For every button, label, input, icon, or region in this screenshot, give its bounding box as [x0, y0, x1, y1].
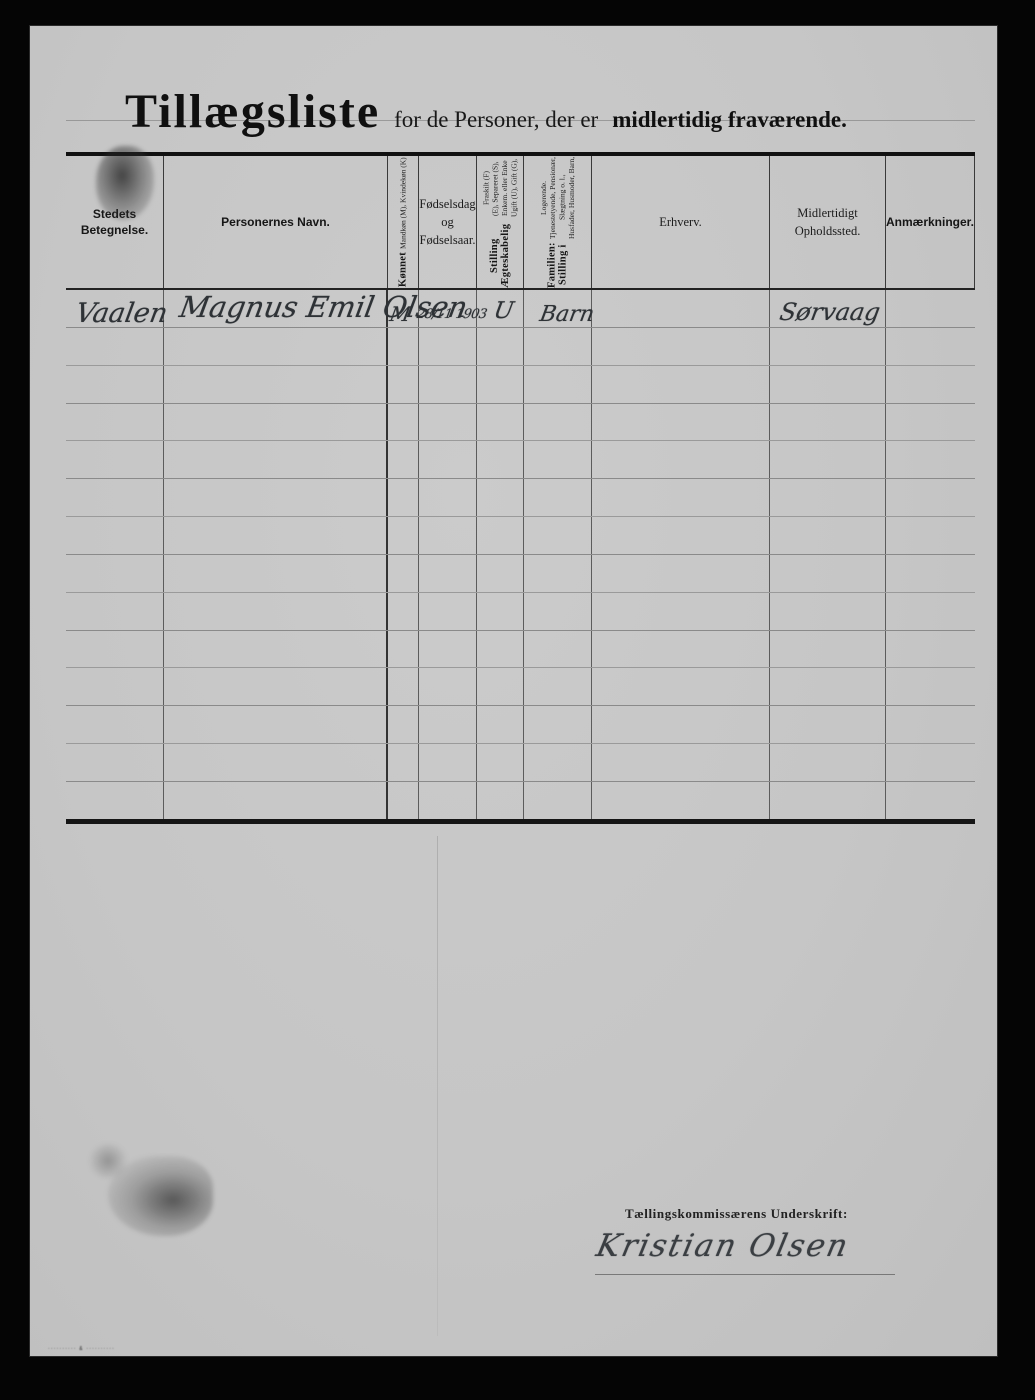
table-row [66, 404, 975, 442]
col-header-label: Midlertidigt Opholdssted. [770, 204, 885, 240]
table-cell [164, 706, 388, 743]
handwritten-konnet: M [388, 302, 413, 326]
table-body [66, 290, 975, 820]
col-header-label: Anmærkninger. [880, 214, 980, 230]
page-title: Tillægsliste for de Personer, der er mid… [125, 84, 985, 139]
col-header-erhverv: Erhverv. [592, 156, 770, 288]
table-cell [66, 404, 164, 441]
table-cell [592, 593, 770, 630]
table-cell [419, 328, 477, 365]
table-cell [477, 782, 524, 819]
table-row [66, 479, 975, 517]
table-bottom-rule [66, 819, 975, 824]
table-cell [592, 404, 770, 441]
table-cell [66, 782, 164, 819]
table-cell [886, 782, 975, 819]
table-cell [770, 517, 886, 554]
table-row [66, 555, 975, 593]
table-cell [164, 479, 388, 516]
table-row [66, 593, 975, 631]
table-cell [388, 517, 419, 554]
table-cell [419, 631, 477, 668]
table-cell [524, 782, 592, 819]
table-cell [524, 555, 592, 592]
table-cell [770, 706, 886, 743]
table-row [66, 744, 975, 782]
table-cell [477, 366, 524, 403]
table-cell [770, 555, 886, 592]
handwritten-stedets-betegnelse: Vaalen [73, 298, 170, 329]
table-cell [592, 517, 770, 554]
table-cell [164, 593, 388, 630]
col-header-stilling-i-familien: Stilling i Familien: Husfader, Husmoder,… [524, 156, 592, 288]
table-cell [419, 517, 477, 554]
table-row [66, 631, 975, 669]
col-header-aegteskabelig-stilling: Ægteskabelig Stilling Ugift (U), Gift (G… [477, 156, 524, 288]
col-header-sublabel: Husfader, Husmoder, Barn, Slægtning o. l… [539, 156, 577, 239]
table-cell [770, 668, 886, 705]
col-header-fodselsdag: Fødselsdag og Fødselsaar. [419, 156, 477, 288]
table-cell [164, 441, 388, 478]
table-cell [770, 782, 886, 819]
table-cell [164, 668, 388, 705]
col-header-midlertidigt-opholdssted: Midlertidigt Opholdssted. [770, 156, 886, 288]
table-cell [66, 668, 164, 705]
handwritten-fodselsdag: 28/11 1903 [416, 307, 488, 322]
handwritten-midlertidigt-opholdssted: Sørvaag [778, 298, 883, 326]
col-header-label: Erhverv. [655, 213, 706, 231]
table-cell [388, 328, 419, 365]
paper-crease [437, 836, 438, 1336]
table-cell [886, 593, 975, 630]
col-header-label: Fødselsdag og Fødselsaar. [415, 195, 479, 249]
page-title-main: Tillægsliste [125, 84, 380, 139]
table-row [66, 706, 975, 744]
table-cell [164, 404, 388, 441]
table-cell [66, 555, 164, 592]
table-cell [419, 366, 477, 403]
table-cell [886, 404, 975, 441]
table-row [66, 782, 975, 820]
table-cell [524, 668, 592, 705]
table-cell [388, 782, 419, 819]
census-table: Stedets Betegnelse. Personernes Navn. Kø… [66, 152, 975, 824]
col-header-personernes-navn: Personernes Navn. [164, 156, 388, 288]
table-cell [886, 290, 975, 327]
table-cell [524, 479, 592, 516]
table-cell [886, 517, 975, 554]
table-cell [524, 366, 592, 403]
table-cell [477, 744, 524, 781]
table-cell [770, 744, 886, 781]
table-cell [770, 366, 886, 403]
table-row [66, 668, 975, 706]
table-cell [592, 555, 770, 592]
table-cell [886, 631, 975, 668]
table-cell [886, 555, 975, 592]
table-cell [770, 593, 886, 630]
signature-underline [595, 1274, 895, 1275]
table-cell [66, 631, 164, 668]
table-cell [592, 328, 770, 365]
rotated-header: Kønnet Mandkøn (M), Kvindekøn (K) [388, 156, 418, 288]
table-cell [477, 328, 524, 365]
page-title-subtitle: for de Personer, der er [394, 107, 598, 133]
scanned-census-form-page: Tillægsliste for de Personer, der er mid… [30, 26, 997, 1356]
table-cell [164, 782, 388, 819]
table-cell [524, 593, 592, 630]
table-cell [419, 706, 477, 743]
table-cell [66, 441, 164, 478]
table-cell [770, 631, 886, 668]
table-cell [388, 366, 419, 403]
printer-mark: ·········· & ·········· [48, 1346, 115, 1352]
table-cell [886, 744, 975, 781]
table-cell [886, 706, 975, 743]
table-cell [388, 668, 419, 705]
table-cell [477, 555, 524, 592]
table-cell [592, 479, 770, 516]
table-cell [592, 441, 770, 478]
commissioner-signature: Kristian Olsen [593, 1228, 853, 1264]
table-cell [164, 517, 388, 554]
table-cell [592, 290, 770, 327]
table-cell [66, 744, 164, 781]
table-cell [770, 328, 886, 365]
table-cell [770, 479, 886, 516]
table-row [66, 328, 975, 366]
rotated-header: Ægteskabelig Stilling Ugift (U), Gift (G… [477, 156, 523, 288]
table-cell [886, 328, 975, 365]
table-cell [66, 328, 164, 365]
table-cell [164, 631, 388, 668]
table-cell [66, 479, 164, 516]
table-cell [592, 668, 770, 705]
table-cell [419, 782, 477, 819]
table-cell [592, 782, 770, 819]
table-row [66, 441, 975, 479]
table-cell [477, 404, 524, 441]
table-cell [66, 706, 164, 743]
table-cell [66, 593, 164, 630]
table-cell [164, 555, 388, 592]
table-cell [419, 555, 477, 592]
table-cell [886, 366, 975, 403]
table-cell [524, 404, 592, 441]
ink-smudge [88, 1144, 128, 1178]
signature-label: Tællingskommissærens Underskrift: [625, 1206, 848, 1222]
table-cell [419, 479, 477, 516]
table-cell [477, 706, 524, 743]
col-header-label: Stilling i Familien: [547, 242, 569, 288]
table-cell [477, 517, 524, 554]
table-cell [388, 479, 419, 516]
table-cell [388, 555, 419, 592]
page-title-subtitle-bold: midlertidig fraværende. [612, 107, 847, 133]
table-cell [477, 479, 524, 516]
table-cell [477, 441, 524, 478]
table-cell [388, 593, 419, 630]
table-cell [592, 744, 770, 781]
table-cell [886, 479, 975, 516]
table-cell [477, 668, 524, 705]
table-cell [524, 744, 592, 781]
table-cell [388, 744, 419, 781]
col-header-label: Personernes Navn. [215, 214, 336, 230]
table-cell [419, 668, 477, 705]
table-cell [524, 328, 592, 365]
table-cell [886, 668, 975, 705]
table-cell [477, 631, 524, 668]
table-cell [164, 366, 388, 403]
table-cell [770, 404, 886, 441]
table-row [66, 366, 975, 404]
table-cell [419, 744, 477, 781]
handwritten-stilling-i-familien: Barn [538, 302, 596, 327]
table-cell [592, 706, 770, 743]
table-cell [164, 328, 388, 365]
table-cell [66, 366, 164, 403]
col-header-sublabel: Mandkøn (M), Kvindekøn (K) [398, 157, 407, 249]
table-row [66, 517, 975, 555]
table-cell [524, 706, 592, 743]
table-cell [388, 631, 419, 668]
table-cell [388, 706, 419, 743]
rotated-header: Stilling i Familien: Husfader, Husmoder,… [524, 156, 591, 288]
col-header-label: Ægteskabelig Stilling [489, 224, 511, 288]
table-cell [419, 593, 477, 630]
table-cell [524, 631, 592, 668]
table-cell [66, 517, 164, 554]
table-cell [886, 441, 975, 478]
col-header-label: Kønnet [398, 252, 409, 287]
table-cell [388, 404, 419, 441]
table-cell [388, 441, 419, 478]
table-cell [524, 517, 592, 554]
table-cell [164, 744, 388, 781]
table-cell [524, 441, 592, 478]
table-header-row: Stedets Betegnelse. Personernes Navn. Kø… [66, 156, 975, 290]
col-header-sublabel: Ugift (U), Gift (G), Enkem. eller Enke (… [481, 156, 519, 221]
table-cell [419, 404, 477, 441]
table-cell [592, 366, 770, 403]
col-header-anmaerkninger: Anmærkninger. [886, 156, 975, 288]
table-cell [419, 441, 477, 478]
table-cell [770, 441, 886, 478]
table-cell [592, 631, 770, 668]
col-header-konnet: Kønnet Mandkøn (M), Kvindekøn (K) [388, 156, 419, 288]
table-cell [477, 593, 524, 630]
